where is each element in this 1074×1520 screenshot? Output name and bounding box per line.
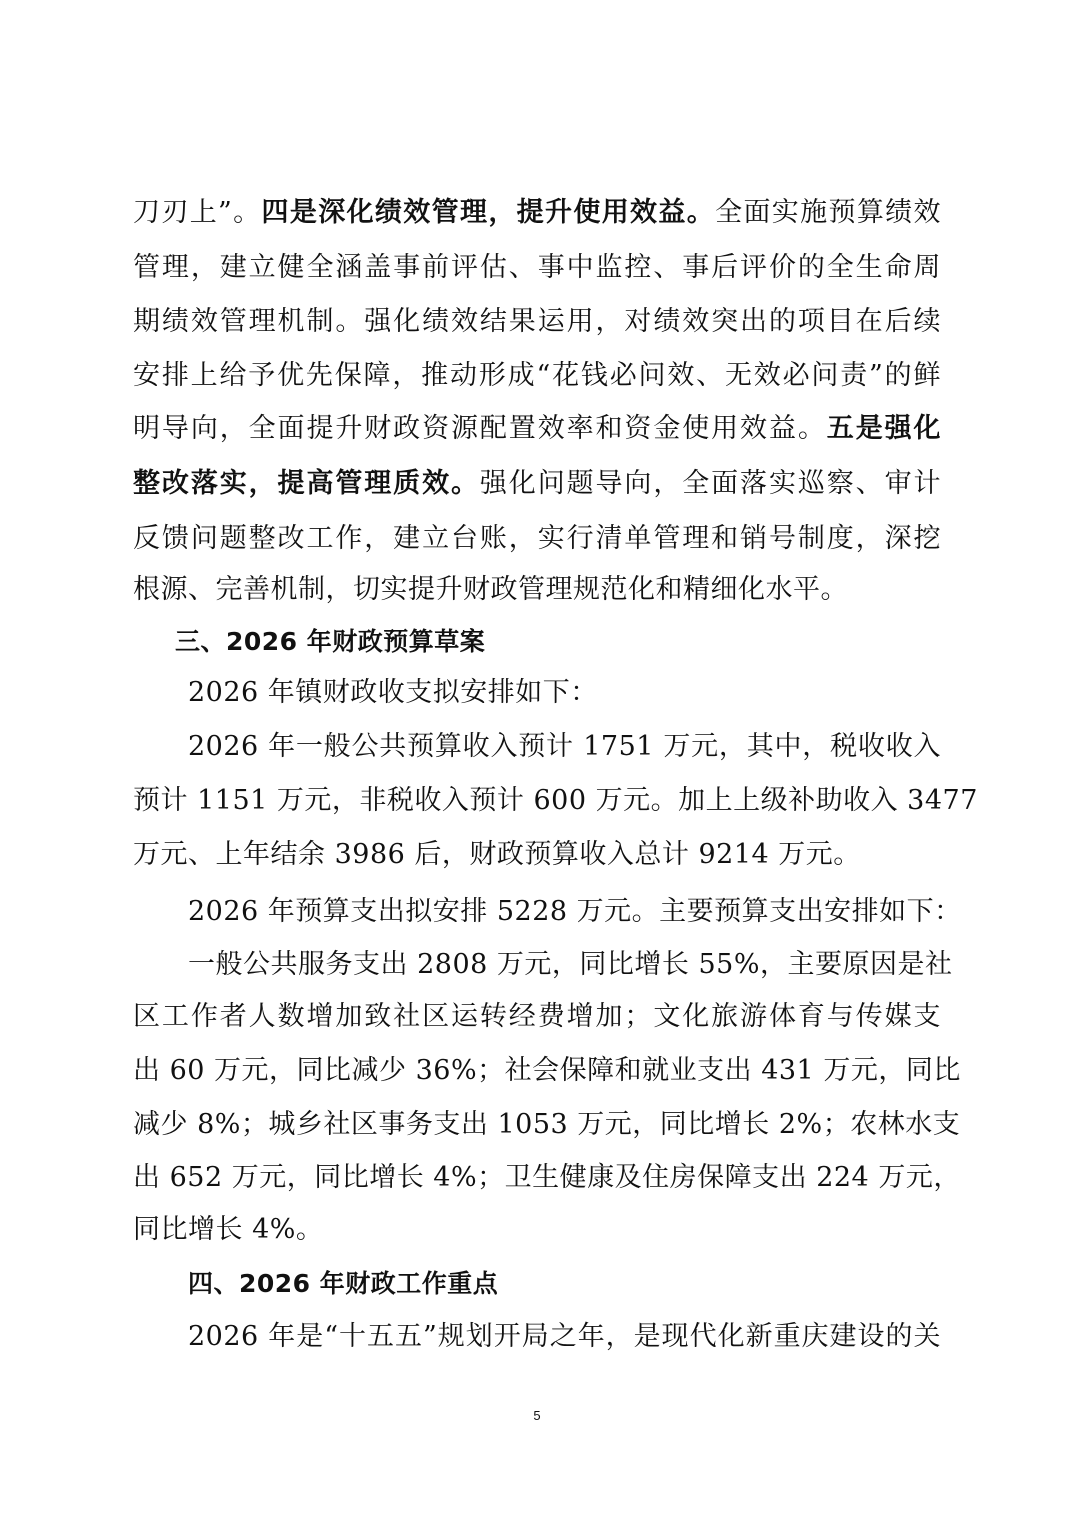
text-line: 刀刃上”。四是深化绩效管理，提升使用效益。全面实施预算绩效 <box>133 193 941 233</box>
text-line: 出 60 万元，同比减少 36%；社会保障和就业支出 431 万元，同比 <box>133 1051 941 1091</box>
text-line: 管理，建立健全涵盖事前评估、事中监控、事后评价的全生命周 <box>133 248 941 288</box>
text-line: 一般公共服务支出 2808 万元，同比增长 55%，主要原因是社 <box>188 945 941 985</box>
text-line: 预计 1151 万元，非税收入预计 600 万元。加上上级补助收入 3477 <box>133 781 941 821</box>
text-line: 根源、完善机制，切实提升财政管理规范化和精细化水平。 <box>133 570 941 610</box>
page-number: 5 <box>0 1408 1074 1423</box>
text-line: 出 652 万元，同比增长 4%；卫生健康及住房保障支出 224 万元， <box>133 1158 941 1198</box>
text-line: 安排上给予优先保障，推动形成“花钱必问效、无效必问责”的鲜 <box>133 356 941 396</box>
bold-lead-phrase: 整改落实，提高管理质效。 <box>133 468 480 499</box>
text-line: 2026 年一般公共预算收入预计 1751 万元，其中，税收收入 <box>188 727 941 767</box>
text-line: 明导向，全面提升财政资源配置效率和资金使用效益。五是强化 <box>133 409 941 449</box>
text-line: 减少 8%；城乡社区事务支出 1053 万元，同比增长 2%；农林水支 <box>133 1105 941 1145</box>
bold-lead-phrase: 四是深化绩效管理，提升使用效益。 <box>262 197 716 228</box>
bold-lead-phrase: 五是强化 <box>827 413 941 444</box>
section-heading-4: 四、2026 年财政工作重点 <box>188 1264 996 1304</box>
text-line: 整改落实，提高管理质效。强化问题导向，全面落实巡察、审计 <box>133 464 941 504</box>
text-line: 万元、上年结余 3986 后，财政预算收入总计 9214 万元。 <box>133 835 941 875</box>
text-segment: 明导向，全面提升财政资源配置效率和资金使用效益。 <box>133 413 827 444</box>
text-segment: 刀刃上”。 <box>133 197 262 228</box>
text-segment: 全面实施预算绩效 <box>715 197 941 228</box>
text-line: 同比增长 4%。 <box>133 1210 941 1250</box>
text-line: 期绩效管理机制。强化绩效结果运用，对绩效突出的项目在后续 <box>133 302 941 342</box>
text-line: 反馈问题整改工作，建立台账，实行清单管理和销号制度，深挖 <box>133 519 941 559</box>
text-segment: 强化问题导向，全面落实巡察、审计 <box>480 468 941 499</box>
text-line: 区工作者人数增加致社区运转经费增加；文化旅游体育与传媒支 <box>133 997 941 1037</box>
section-heading-3: 三、2026 年财政预算草案 <box>175 622 983 662</box>
text-line: 2026 年是“十五五”规划开局之年，是现代化新重庆建设的关 <box>188 1317 941 1357</box>
document-page: 刀刃上”。四是深化绩效管理，提升使用效益。全面实施预算绩效 管理，建立健全涵盖事… <box>0 0 1074 1520</box>
text-line: 2026 年预算支出拟安排 5228 万元。主要预算支出安排如下： <box>188 892 941 932</box>
paragraph-intro: 2026 年镇财政收支拟安排如下： <box>188 673 941 713</box>
